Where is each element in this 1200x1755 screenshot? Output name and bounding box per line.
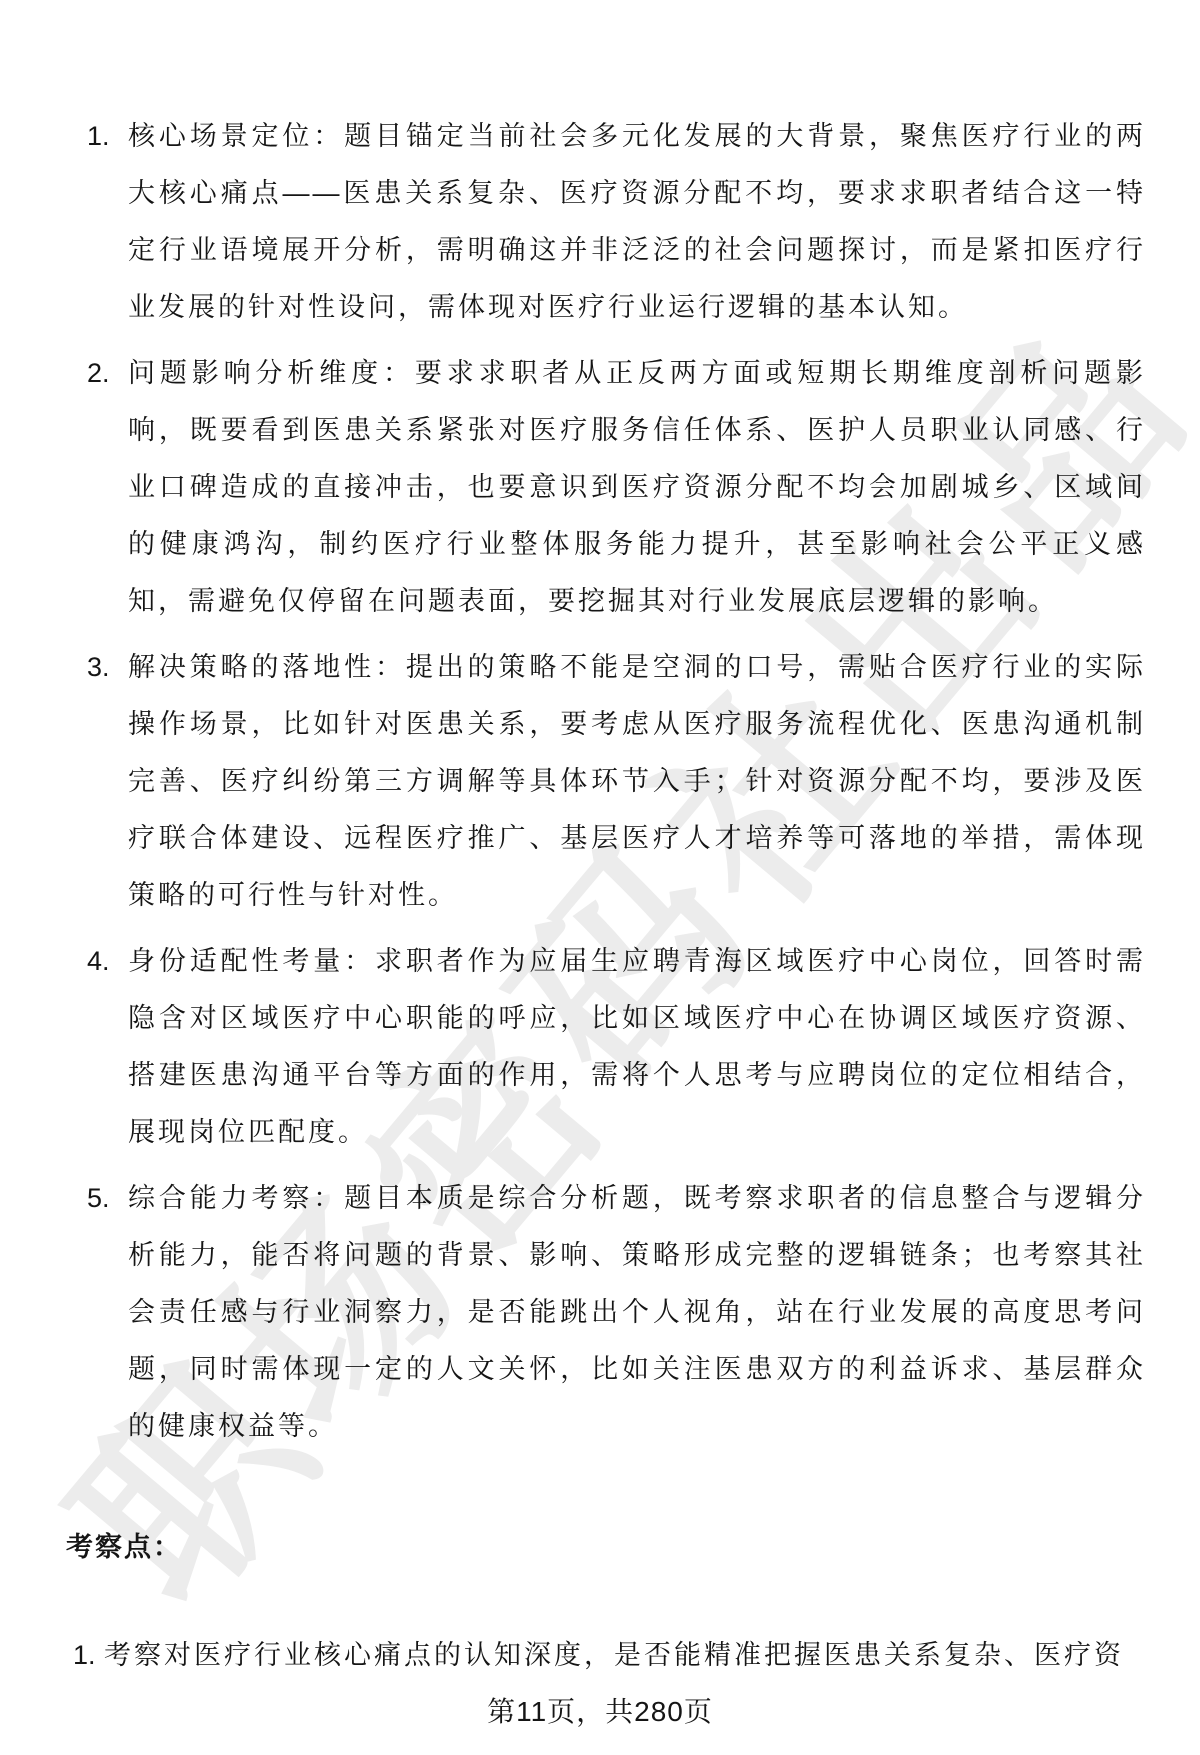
list-item-text: 解决策略的落地性：提出的策略不能是空洞的口号，需贴合医疗行业的实际操作场景，比如… [128,639,1146,924]
list-item-number: 3. [66,639,128,924]
list-item: 4. 身份适配性考量：求职者作为应届生应聘青海区域医疗中心岗位，回答时需隐含对区… [66,933,1146,1161]
list-item-number: 1. [66,108,128,336]
analysis-list: 1. 核心场景定位：题目锚定当前社会多元化发展的大背景，聚焦医疗行业的两大核心痛… [66,108,1146,1455]
exam-points-list: 1. 考察对医疗行业核心痛点的认知深度，是否能精准把握医患关系复杂、医疗资 [66,1627,1146,1684]
list-item: 2. 问题影响分析维度：要求求职者从正反两方面或短期长期维度剖析问题影响，既要看… [66,345,1146,630]
list-item-text: 问题影响分析维度：要求求职者从正反两方面或短期长期维度剖析问题影响，既要看到医患… [128,345,1146,630]
list-item: 5. 综合能力考察：题目本质是综合分析题，既考察求职者的信息整合与逻辑分析能力，… [66,1170,1146,1455]
list-item-text: 核心场景定位：题目锚定当前社会多元化发展的大背景，聚焦医疗行业的两大核心痛点——… [128,108,1146,336]
page-content: 1. 核心场景定位：题目锚定当前社会多元化发展的大背景，聚焦医疗行业的两大核心痛… [66,108,1146,1684]
list-item: 1. 考察对医疗行业核心痛点的认知深度，是否能精准把握医患关系复杂、医疗资 [66,1627,1146,1684]
list-item: 1. 核心场景定位：题目锚定当前社会多元化发展的大背景，聚焦医疗行业的两大核心痛… [66,108,1146,336]
document-page: 职场密码社出品 1. 核心场景定位：题目锚定当前社会多元化发展的大背景，聚焦医疗… [0,0,1200,1755]
list-item-text: 综合能力考察：题目本质是综合分析题，既考察求职者的信息整合与逻辑分析能力，能否将… [128,1170,1146,1455]
section-heading: 考察点： [66,1527,1146,1567]
list-item-number: 2. [66,345,128,630]
list-item: 3. 解决策略的落地性：提出的策略不能是空洞的口号，需贴合医疗行业的实际操作场景… [66,639,1146,924]
list-item-number: 5. [66,1170,128,1455]
page-number: 第11页，共280页 [487,1696,713,1727]
list-item-text: 考察对医疗行业核心痛点的认知深度，是否能精准把握医患关系复杂、医疗资 [104,1627,1146,1684]
list-item-number: 4. [66,933,128,1161]
page-footer: 第11页，共280页 [0,1690,1200,1730]
list-item-text: 身份适配性考量：求职者作为应届生应聘青海区域医疗中心岗位，回答时需隐含对区域医疗… [128,933,1146,1161]
list-item-number: 1. [66,1627,104,1684]
